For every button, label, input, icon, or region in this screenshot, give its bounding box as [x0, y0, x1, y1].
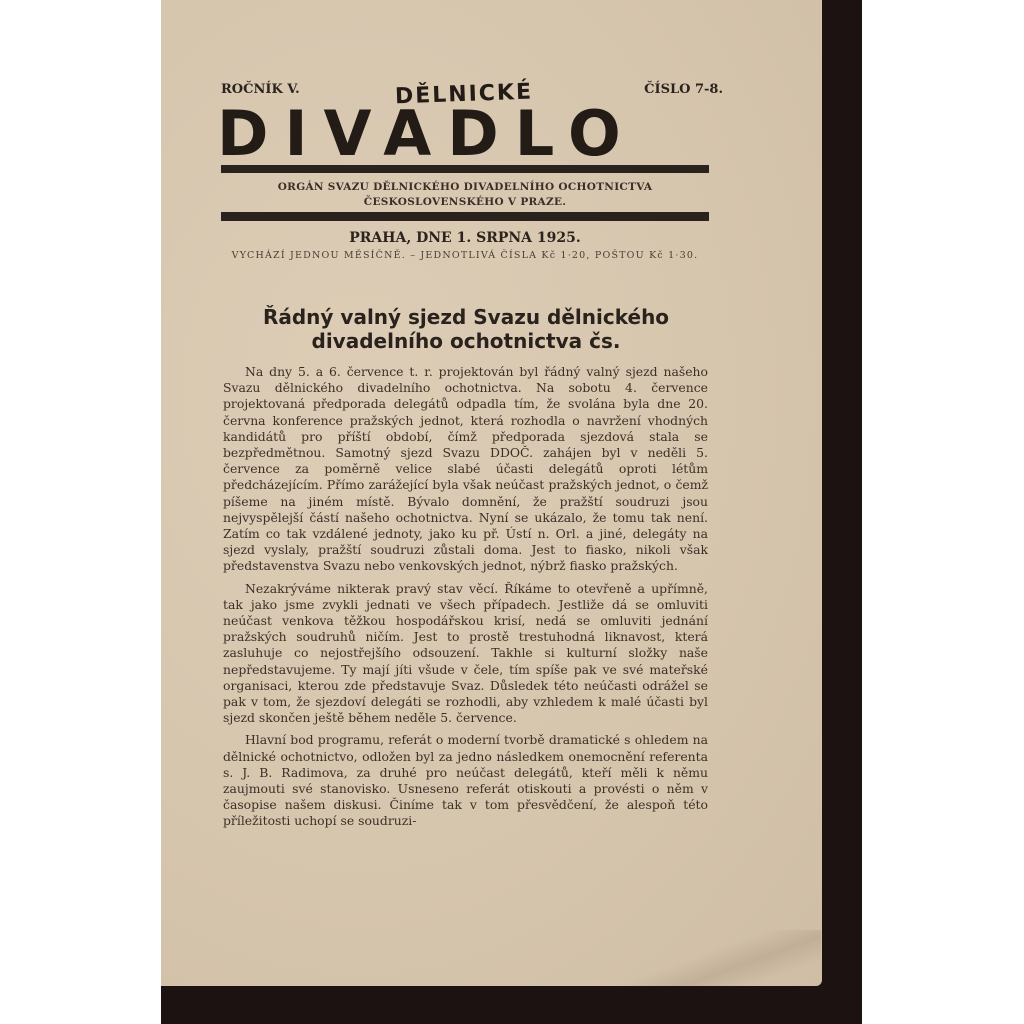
article-headline: Řádný valný sjezd Svazu dělnického divad… — [211, 305, 721, 353]
dateline: PRAHA, DNE 1. SRPNA 1925. — [221, 230, 709, 246]
masthead-title: DIVADLO — [217, 106, 713, 162]
paper-crease — [631, 930, 821, 986]
headline-line-2: divadelního ochotnictva čs. — [211, 329, 721, 353]
masthead-rule — [221, 165, 709, 173]
paragraph: Na dny 5. a 6. července t. r. projektová… — [223, 364, 708, 575]
issue-label: ČÍSLO 7-8. — [644, 82, 723, 97]
volume-label: ROČNÍK V. — [221, 82, 300, 97]
organ-line-1: ORGÁN SVAZU DĚLNICKÉHO DIVADELNÍHO OCHOT… — [221, 180, 709, 195]
headline-line-1: Řádný valný sjezd Svazu dělnického — [211, 305, 721, 329]
newspaper-page: ROČNÍK V. ČÍSLO 7-8. DĚLNICKÉ DIVADLO OR… — [161, 0, 822, 986]
masthead-rule-lower — [221, 212, 709, 221]
article-body: Na dny 5. a 6. července t. r. projektová… — [223, 364, 708, 836]
organ-line: ORGÁN SVAZU DĚLNICKÉHO DIVADELNÍHO OCHOT… — [221, 180, 709, 210]
paragraph: Hlavní bod programu, referát o moderní t… — [223, 732, 708, 829]
organ-line-2: ČESKOSLOVENSKÉHO V PRAZE. — [221, 195, 709, 210]
paragraph: Nezakrýváme nikterak pravý stav věcí. Ří… — [223, 581, 708, 727]
publication-info: VYCHÁZÍ JEDNOU MĚSÍČNĚ. – JEDNOTLIVÁ ČÍS… — [221, 250, 709, 261]
